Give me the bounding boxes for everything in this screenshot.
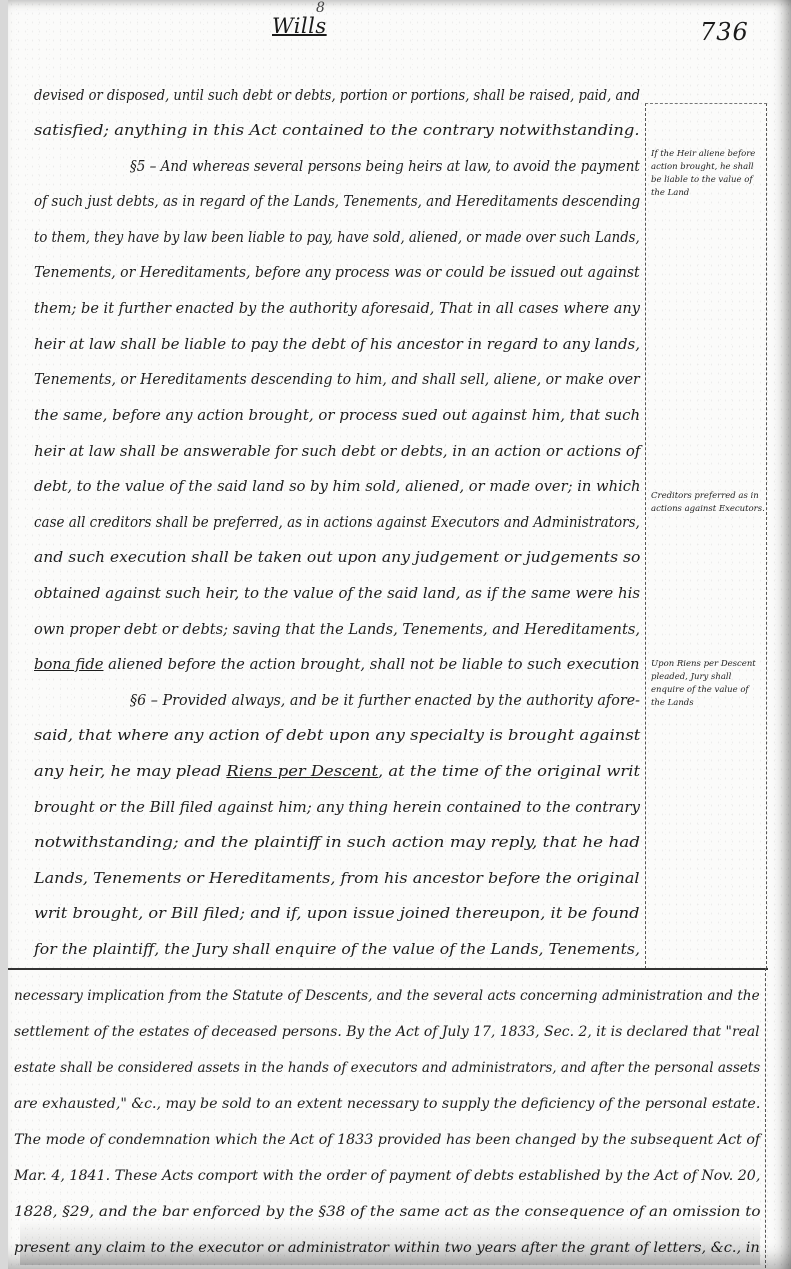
body-line: to them, they have by law been liable to… xyxy=(34,226,640,248)
margin-column xyxy=(645,103,767,969)
footnote-line: settlement of the estates of deceased pe… xyxy=(14,1021,760,1043)
page-title: Wills xyxy=(272,14,327,38)
body-line: obtained against such heir, to the value… xyxy=(34,582,640,604)
body-line: writ brought, or Bill filed; and if, upo… xyxy=(34,902,639,924)
scan-shadow-bottom xyxy=(20,1220,760,1265)
body-line: devised or disposed, until such debt or … xyxy=(34,84,640,106)
body-line: Tenements, or Hereditaments descending t… xyxy=(34,368,640,390)
body-line: Lands, Tenements or Hereditaments, from … xyxy=(34,867,640,889)
underlined-phrase: bona fide xyxy=(34,655,103,673)
body-line: the same, before any action brought, or … xyxy=(34,404,640,426)
body-line: Tenements, or Hereditaments, before any … xyxy=(34,261,640,283)
footnote-line: Mar. 4, 1841. These Acts comport with th… xyxy=(14,1165,760,1187)
footnote-line: are exhausted," &c., may be sold to an e… xyxy=(14,1093,760,1115)
page-number: 736 xyxy=(700,18,749,46)
footnote-line: estate shall be considered assets in the… xyxy=(14,1057,760,1079)
footnote-right-rule xyxy=(765,968,767,1268)
body-line: case all creditors shall be preferred, a… xyxy=(34,511,640,533)
margin-note-riens-per-descent: Upon Riens per Descent pleaded, Jury sha… xyxy=(651,658,765,710)
body-line: debt, to the value of the said land so b… xyxy=(34,475,640,497)
body-line: satisfied; anything in this Act containe… xyxy=(34,119,640,141)
body-line: said, that where any action of debt upon… xyxy=(34,724,640,746)
body-line: own proper debt or debts; saving that th… xyxy=(34,618,640,640)
body-line: of such just debts, as in regard of the … xyxy=(34,190,640,212)
body-line-riens-per-descent: any heir, he may plead Riens per Descent… xyxy=(34,760,640,782)
footnote-line: necessary implication from the Statute o… xyxy=(14,985,760,1007)
body-line: notwithstanding; and the plaintiff in su… xyxy=(34,831,640,853)
body-line: for the plaintiff, the Jury shall enquir… xyxy=(34,938,640,960)
footnote-line: The mode of condemnation which the Act o… xyxy=(14,1129,760,1151)
margin-note-heir-aliene: If the Heir aliene before action brought… xyxy=(651,148,765,200)
scan-left-edge xyxy=(0,0,8,1269)
section-6-heading-line: §6 – Provided always, and be it further … xyxy=(130,689,640,711)
body-line-bona-fide: bona fide aliened before the action brou… xyxy=(34,653,640,675)
body-line: heir at law shall be answerable for such… xyxy=(34,440,640,462)
footnote-divider xyxy=(8,968,768,970)
body-line: and such execution shall be taken out up… xyxy=(34,546,640,568)
section-5-heading-line: §5 – And whereas several persons being h… xyxy=(130,155,640,177)
margin-note-creditors-preferred: Creditors preferred as in actions agains… xyxy=(651,490,765,516)
body-line: heir at law shall be liable to pay the d… xyxy=(34,333,640,355)
underlined-phrase: Riens per Descent xyxy=(226,762,378,780)
body-line: them; be it further enacted by the autho… xyxy=(34,297,640,319)
body-line: brought or the Bill filed against him; a… xyxy=(34,796,640,818)
